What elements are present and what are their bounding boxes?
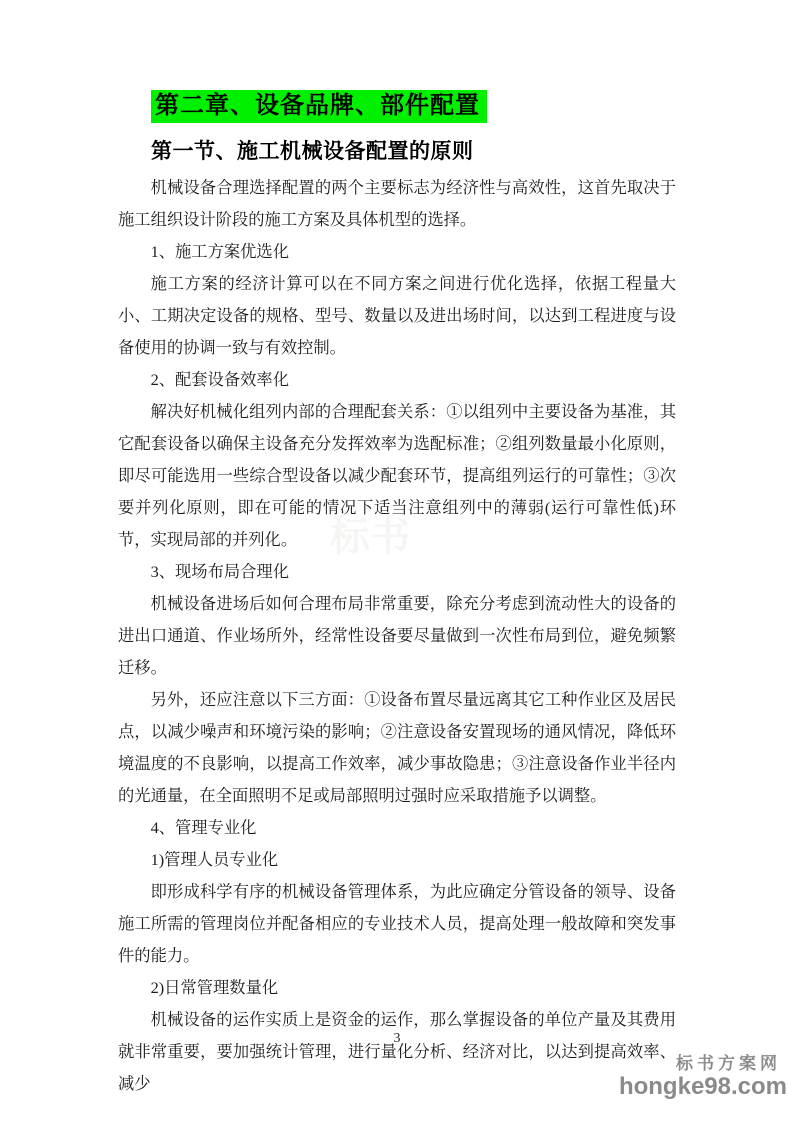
paragraph: 4、管理专业化: [118, 812, 676, 844]
chapter-heading: 第二章、设备品牌、部件配置: [151, 90, 487, 123]
paragraph: 另外，还应注意以下三方面：①设备布置尽量远离其它工种作业区及居民点，以减少噪声和…: [118, 684, 676, 812]
paragraph: 2、配套设备效率化: [118, 364, 676, 396]
page-number: 3: [118, 1031, 676, 1047]
paragraph: 2)日常管理数量化: [118, 972, 676, 1004]
site-watermark: 标书方案网 hongke98.com: [619, 1055, 787, 1100]
document-page: 第二章、设备品牌、部件配置 第一节、施工机械设备配置的原则 机械设备合理选择配置…: [0, 0, 793, 1122]
paragraph: 机械设备进场后如何合理布局非常重要，除充分考虑到流动性大的设备的进出口通道、作业…: [118, 588, 676, 684]
paragraph: 机械设备合理选择配置的两个主要标志为经济性与高效性，这首先取决于施工组织设计阶段…: [118, 172, 676, 236]
paragraph: 机械设备的运作实质上是资金的运作，那么掌握设备的单位产量及其费用就非常重要，要加…: [118, 1004, 676, 1100]
body-paragraphs: 机械设备合理选择配置的两个主要标志为经济性与高效性，这首先取决于施工组织设计阶段…: [118, 172, 676, 1100]
document-content: 第二章、设备品牌、部件配置 第一节、施工机械设备配置的原则 机械设备合理选择配置…: [118, 90, 676, 1100]
paragraph: 施工方案的经济计算可以在不同方案之间进行优化选择，依据工程量大小、工期决定设备的…: [118, 268, 676, 364]
paragraph: 3、现场布局合理化: [118, 556, 676, 588]
section-heading: 第一节、施工机械设备配置的原则: [151, 138, 676, 165]
paragraph: 解决好机械化组列内部的合理配套关系：①以组列中主要设备为基准，其它配套设备以确保…: [118, 396, 676, 556]
paragraph: 1、施工方案优选化: [118, 236, 676, 268]
watermark-site-name: 标书方案网: [619, 1055, 781, 1074]
watermark-site-url: hongke98.com: [619, 1074, 787, 1100]
paragraph: 即形成科学有序的机械设备管理体系，为此应确定分管设备的领导、设备施工所需的管理岗…: [118, 876, 676, 972]
paragraph: 1)管理人员专业化: [118, 844, 676, 876]
